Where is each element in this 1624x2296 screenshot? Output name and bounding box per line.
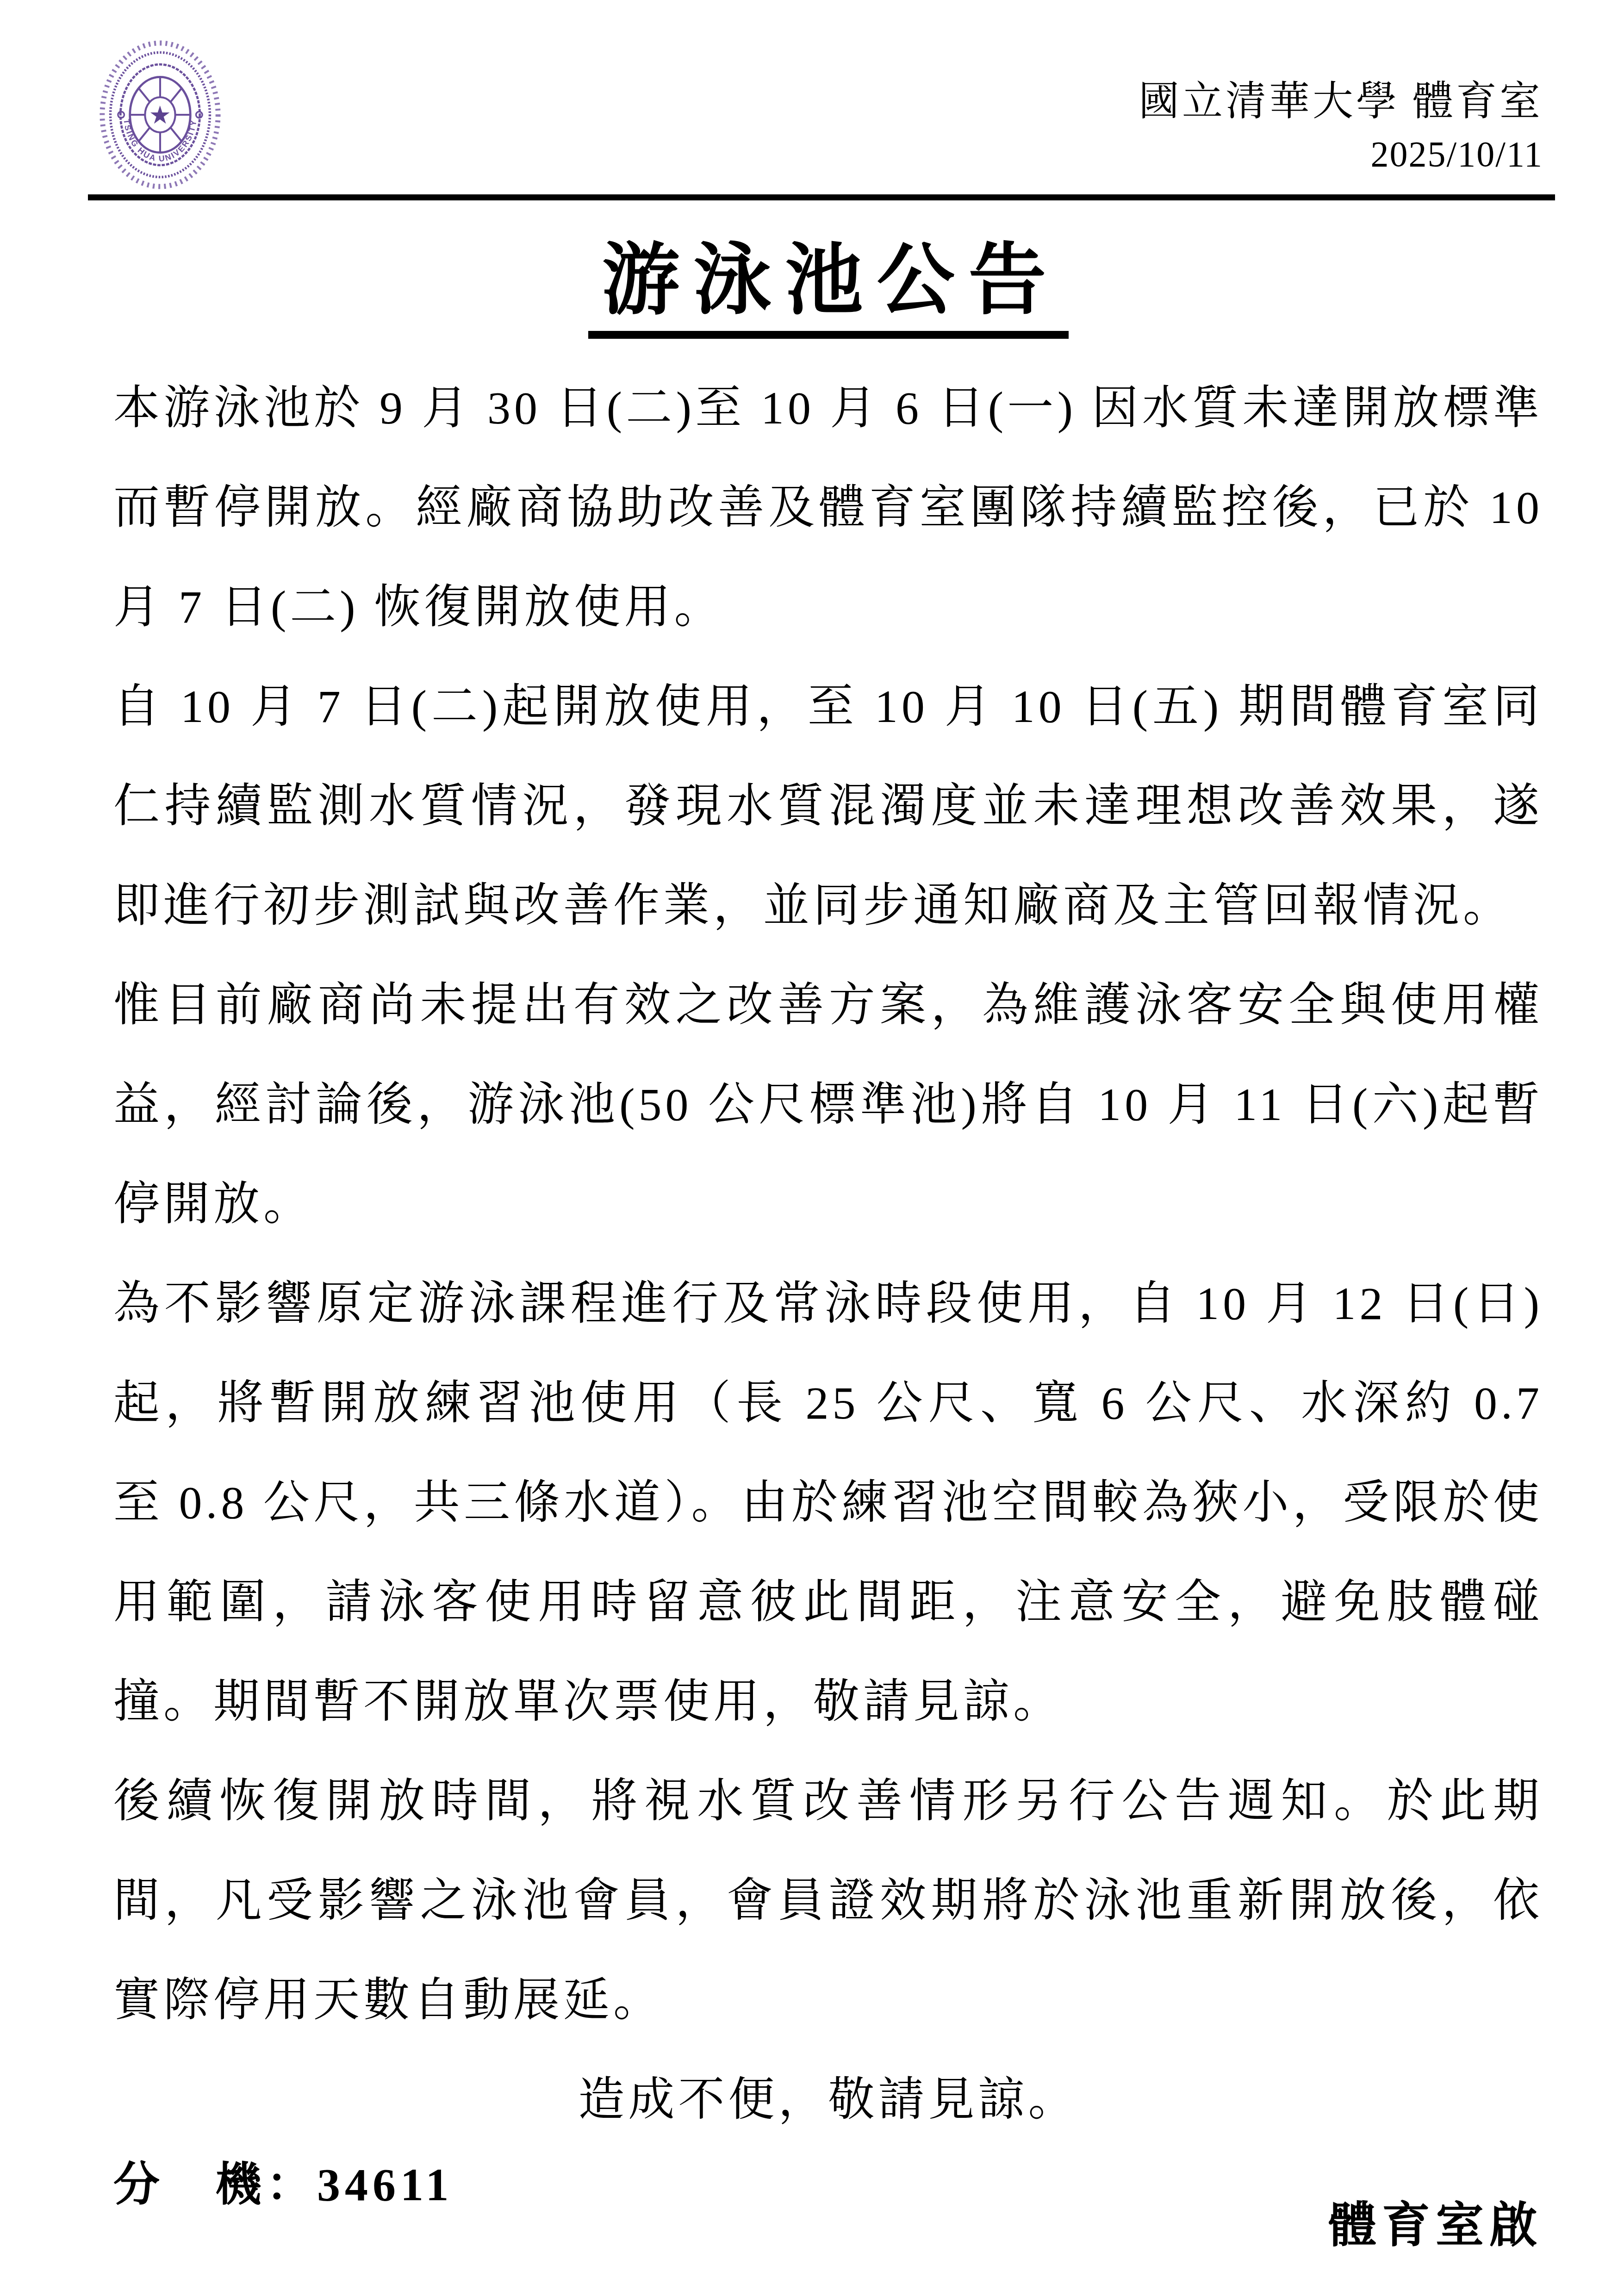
- signature: 體育室啟: [1328, 2197, 1543, 2255]
- paragraph-1: 本游泳池於 9 月 30 日(二)至 10 月 6 日(一) 因水質未達開放標準…: [113, 358, 1543, 657]
- document-footer: 分 機：34611 體育室啟: [113, 2155, 1543, 2255]
- paragraph-5: 後續恢復開放時間，將視水質改善情形另行公告週知。於此期間，凡受影響之泳池會員，會…: [113, 1751, 1543, 2050]
- document-header: ★ TSING HUA UNIVERSITY 國立清華大學 體育室 2025/1…: [113, 0, 1543, 194]
- paragraph-3: 惟目前廠商尚未提出有效之改善方案，為維護泳客安全與使用權益，經討論後，游泳池(5…: [113, 955, 1543, 1254]
- paragraph-2: 自 10 月 7 日(二)起開放使用，至 10 月 10 日(五) 期間體育室同…: [113, 657, 1543, 955]
- paragraph-4: 為不影響原定游泳課程進行及常泳時段使用，自 10 月 12 日(日)起，將暫開放…: [113, 1254, 1543, 1751]
- header-text-block: 國立清華大學 體育室 2025/10/11: [1139, 68, 1543, 175]
- announcement-document: ★ TSING HUA UNIVERSITY 國立清華大學 體育室 2025/1…: [0, 0, 1624, 2296]
- announcement-body: 本游泳池於 9 月 30 日(二)至 10 月 6 日(一) 因水質未達開放標準…: [113, 358, 1543, 2149]
- extension-number: 分 機：34611: [113, 2155, 453, 2215]
- title-area: 游泳池公告: [113, 240, 1543, 339]
- closing-line: 造成不便，敬請見諒。: [113, 2050, 1543, 2149]
- organization-name: 國立清華大學 體育室: [1139, 68, 1543, 127]
- seal-star-icon: ★: [149, 101, 172, 129]
- university-seal-icon: ★ TSING HUA UNIVERSITY: [97, 38, 223, 192]
- document-date: 2025/10/11: [1139, 133, 1543, 175]
- header-divider: [88, 194, 1555, 200]
- page-title: 游泳池公告: [588, 240, 1069, 339]
